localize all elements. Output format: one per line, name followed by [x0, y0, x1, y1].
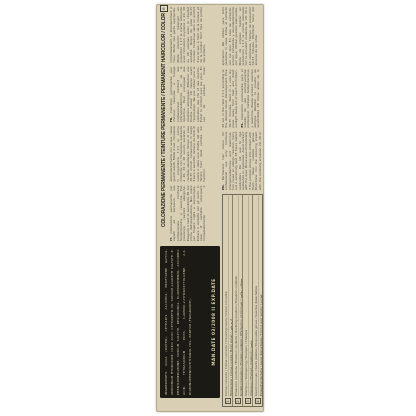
- row-number-badge: 3: [245, 399, 251, 405]
- row-text: Guanti monouso / Gants jetables / Dispos…: [254, 196, 263, 396]
- manufacture-expiry-date: MAN.DATE 03/2008 II EXP.DATE: [211, 246, 216, 398]
- row-text: Crema colorante / Crème colorante / Colo…: [224, 196, 233, 396]
- instructions-text-lower: EN. Permanent hair colour for profession…: [222, 7, 263, 190]
- paragraph-italian-text: Colorazione permanente per capelli ad es…: [170, 126, 206, 241]
- row-number-badge: 2: [235, 399, 241, 405]
- ingredients-box: INGREDIENTS: AQUA (WATER), CETEARYL ALCO…: [160, 246, 220, 398]
- paragraph-french: FR. Coloration permanente pour cheveux r…: [170, 7, 208, 122]
- instructions-text-upper: IT. Colorazione permanente per capelli a…: [170, 7, 220, 241]
- paragraph-italian: IT. Colorazione permanente per capelli a…: [170, 126, 208, 241]
- row-text: Shampoo / Shampooing / Shampoo / Champú …: [244, 196, 253, 396]
- row-line-2: Einweghandschuhe / Luvas descartáveis / …: [259, 196, 263, 396]
- table-row: 2 Emulsione ossidante / Émulsion oxydant…: [233, 195, 243, 406]
- estimated-sign-icon: e: [160, 6, 168, 13]
- product-label: COLORAZIONE PERMANENTE / TEINTURE PERMAN…: [156, 4, 264, 412]
- table-row: 1 Crema colorante / Crème colorante / Co…: [223, 195, 233, 406]
- label-scan: COLORAZIONE PERMANENTE / TEINTURE PERMAN…: [0, 0, 416, 416]
- ingredients-text: INGREDIENTS: AQUA (WATER), CETEARYL ALCO…: [163, 249, 203, 395]
- kit-contents-table: 1 Crema colorante / Crème colorante / Co…: [222, 194, 263, 407]
- table-row: 4 Guanti monouso / Gants jetables / Disp…: [253, 195, 263, 406]
- paragraph-french-text: Coloration permanente pour cheveux réser…: [170, 7, 206, 122]
- table-row: 3 Shampoo / Shampooing / Shampoo / Champ…: [243, 195, 253, 406]
- row-number-badge: 1: [225, 399, 231, 405]
- label-title: COLORAZIONE PERMANENTE / TEINTURE PERMAN…: [159, 13, 169, 227]
- row-text: Emulsione ossidante / Émulsion oxydante …: [234, 196, 243, 396]
- row-number-badge: 4: [255, 399, 261, 405]
